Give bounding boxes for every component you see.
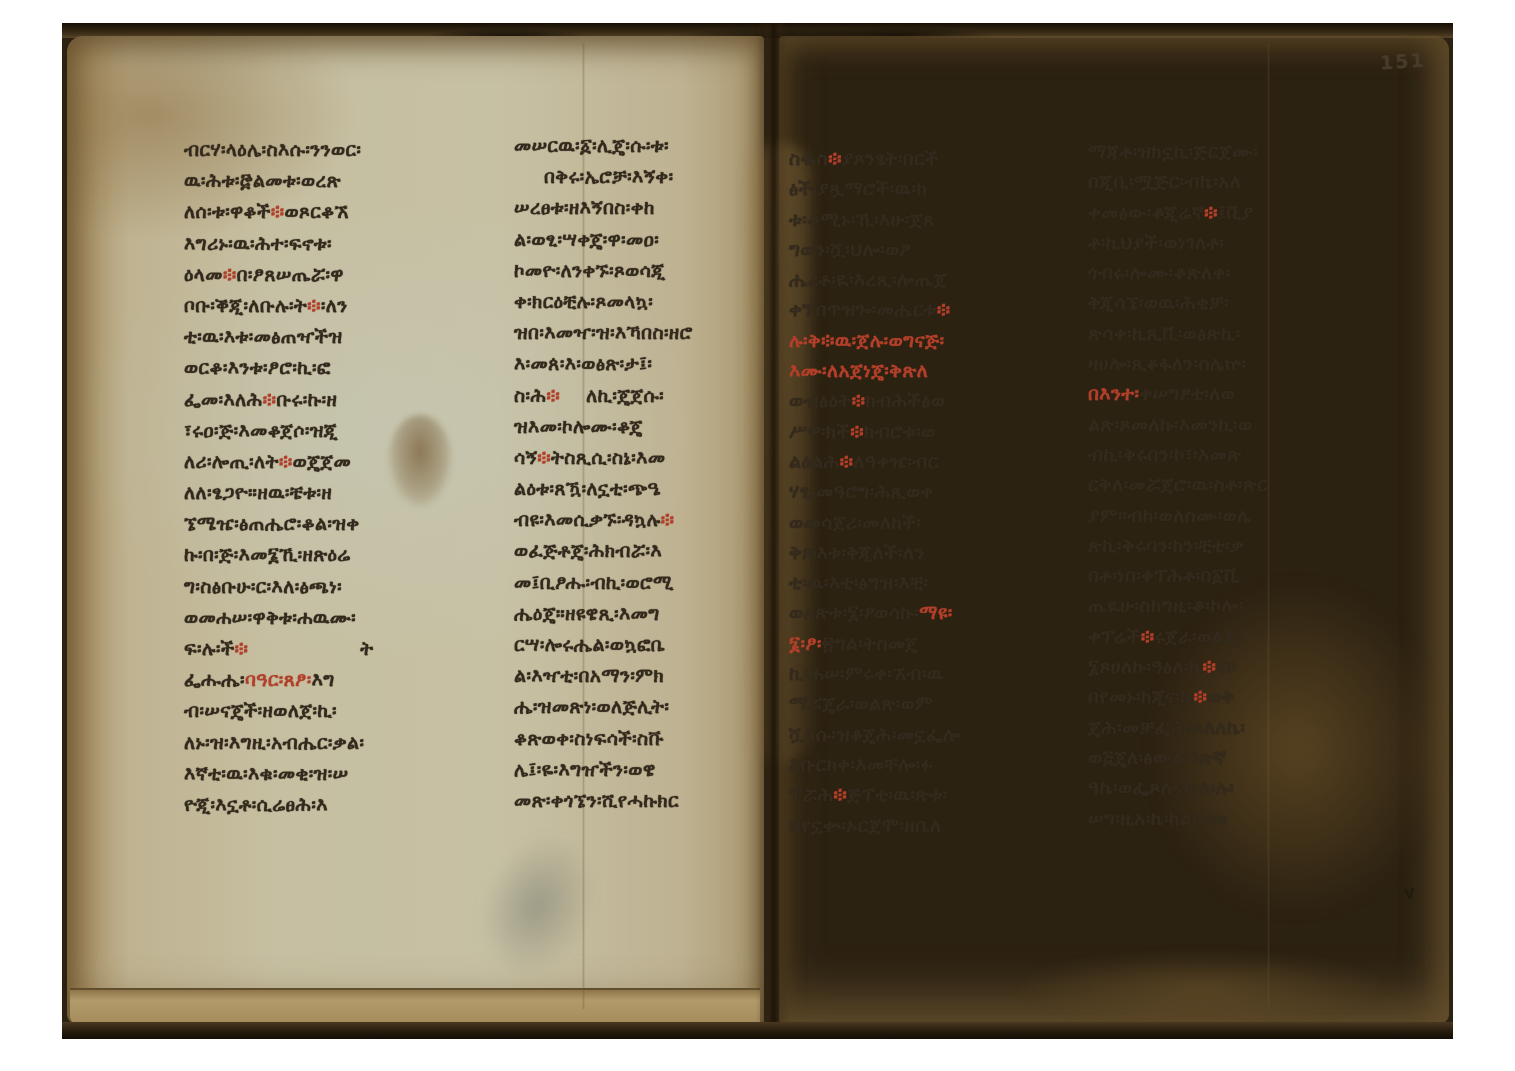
black-ink-text: ወብፅዕት	[789, 390, 852, 412]
black-ink-text: ሔረቶ፡ዪ፡እረጺ፡ሎጤጀ	[789, 269, 947, 291]
black-ink-text: ለሪ፡ሎጢ፡ለት	[184, 451, 279, 473]
manuscript-text-line: ኩ፡በ፡ጅ፡እመ፮ኺ፡ዘጽዕሬ	[184, 540, 374, 571]
manuscript-text-line: ሔረቶ፡ዪ፡እረጺ፡ሎጤጀ	[789, 265, 961, 295]
black-ink-text: ስቈስ	[789, 148, 828, 170]
manuscript-text-line: ዝበ፡እመዣ፡ዝ፡እኻበስ፡ዘሮ	[514, 318, 693, 349]
red-ink-text: ፨	[1202, 656, 1216, 678]
manuscript-text-line: ብኪ፡ቅሩበን፡ኮ፣፡እመጽ	[1088, 440, 1268, 470]
folio-number: 151	[1379, 49, 1426, 74]
black-ink-text: ብዩ፡እመሲቃኙ፡ዳኳሉ	[514, 509, 661, 531]
black-ink-text: ለሰ፡ቱ፡ዋቆች	[184, 201, 271, 223]
red-ink-text: ማዩ፡	[919, 602, 952, 624]
black-ink-text: ቶ፡ኪህያች፡ወነገለቶ፡	[1088, 232, 1224, 254]
red-ink-text: ፨	[235, 638, 249, 660]
black-ink-text: ጄሕ፡መቻፌሕ፡ጸለለኬ፡	[1088, 717, 1245, 739]
black-ink-text: ፌሑሔ፡	[184, 669, 245, 691]
black-ink-text: ቀ፡ክርዕቺሉ፡ጾመላኳ፡	[514, 291, 653, 313]
black-ink-text: ጽኪ፡ቅሩባን፡ክን፡ቺቲ፡ቃ	[1088, 535, 1244, 557]
manuscript-text-line: እ፡መጰ፡እ፡ወፅጽ፡ታ፤፡	[514, 349, 693, 380]
manuscript-text-line: ሃፂ፡መዓሮግ፡ሕጺወቀ	[789, 477, 961, 507]
manuscript-text-line: ብርሃ፡ላዕሌ፡ስእሱ፡ንንወር፡	[184, 135, 374, 166]
black-ink-text: ሔ፡ዝመጽነ፡ወለጅሊት፡	[514, 696, 669, 718]
manuscript-text-line: ቀመፅው፡ቆጂሬኛ፨፤ቪያ	[1088, 198, 1268, 228]
manuscript-text-line: ዝእመ፡ኮሎሙ፡ቆጄ	[514, 412, 693, 443]
manuscript-text-line: ያም።ብከ፡ወለስሙ፡ወሌ	[1088, 501, 1268, 531]
manuscript-text-line: ዓኬ፡ወፌጾሎሕ፡ለ፡ሉ፡	[1088, 773, 1268, 803]
black-ink-text: ወለጽቱ፡፮፡ፆወሳኩ፡	[789, 602, 919, 624]
black-ink-text: ጎብሩ፡ሎሙ፡ቆጽለቀ፡	[1088, 262, 1231, 284]
black-ink-text: ወጄጀመ	[293, 451, 351, 473]
book-bottom-edge	[62, 1022, 1453, 1039]
manuscript-text-line: ፮፡ፆ፡፳ግል፡ትስመጄ	[789, 629, 961, 659]
black-ink-text: ርቅለ፡መሯጀሮ፡ዉ፡ስቶ፡ጽር	[1088, 474, 1268, 496]
manuscript-text-line: ወለጽቱ፡፮፡ፆወሳኩ፡ማዩ፡	[789, 598, 961, 628]
black-ink-text: እግሪኑ፡ዉ፡ሕተ፡ፍኖቱ፡	[184, 233, 332, 255]
black-ink-text: በቶ፡ነበ፡ቀፕሕቶ፡በ፩ቪ	[1088, 565, 1240, 587]
manuscript-text-line: ቦቡ፡ቕጂ፡ለቡሉ፡ት፨፡ለን	[184, 291, 374, 322]
red-ink-text: ፨	[1204, 202, 1218, 224]
manuscript-text-line: ወፈጅቶጄ፡ሕክብሯ፡እ	[514, 536, 693, 567]
manuscript-text-line: ልዕቱ፡ጸዃ፡ለኗቲ፡ጭዔ	[514, 474, 693, 505]
red-ink-text: ፮፡ፆ፡	[789, 633, 822, 655]
black-ink-text: ሳኝ	[514, 447, 537, 469]
manuscript-text-line: መሠርዉ፡፩፡ሊጄ፡ሱ፡ቱ፡	[514, 131, 693, 162]
manuscript-text-line: ሠረፀቱ፡ዘእኝበስ፡ቀከ	[514, 193, 693, 224]
black-ink-text: መ፤ቢፆሑ፡ብኪ፡ወሮሚ	[514, 572, 674, 594]
black-ink-text: ዛሀሎ፡ጺቆፋለን፡ስሌኵ፡	[1088, 353, 1246, 375]
manuscript-text-line: ፌመ፡እለሕ፨ቡሩ፡ኩ፡ዘ	[184, 385, 374, 416]
manuscript-text-line: ል፡ወፂ፡ሣቀጄ፡ዋ፡መዐ፡	[514, 225, 693, 256]
black-ink-text: ፳ግል፡ትስመጄ	[822, 633, 918, 655]
manuscript-text-line: ግ፡ስፅቡሁ፡ር፡እለ፡ፅጫነ፡	[184, 572, 374, 603]
black-ink-text: ወፈጅቶጄ፡ሕክብሯ፡እ	[514, 540, 662, 562]
black-ink-text: ለለ፡ፄጋዮ።ዘዉ፡ቼቱ፡ዘ	[184, 482, 332, 504]
black-ink-text: ቦቡ፡ቕጂ፡ለቡሉ፡ት	[184, 295, 307, 317]
red-ink-text: ፨	[840, 451, 854, 473]
black-ink-text: ል፡ወፂ፡ሣቀጄ፡ዋ፡መዐ፡	[514, 229, 659, 251]
black-ink-text: ፡ለን	[321, 295, 348, 317]
black-ink-text: ህየኗቍ፡ኦርጀሞ፡ዘቤለ	[789, 815, 942, 837]
manuscript-text-line: ስቈስ፨ያጾንፄት፡በርች	[789, 144, 961, 174]
manuscript-text-line: ግወን፡ሿ፡ህሎ፡ወፆ	[789, 235, 961, 265]
manuscript-text-line: ጎብሩ፡ሎሙ፡ቆጽለቀ፡	[1088, 258, 1268, 288]
black-ink-text: ዉ፡ሕቱ፡፸ልመቱ፡ወረጽ	[184, 170, 341, 192]
manuscript-text-line: በጂቢ፡ሟጅር፡ብኬ፡አለ	[1088, 167, 1268, 197]
black-ink-text: በጂቢ፡ሟጅር፡ብኬ፡አለ	[1088, 171, 1241, 193]
black-ink-text: ልጽ፡ጾመለኩ፡እመንኪ፡ወ	[1088, 414, 1252, 436]
manuscript-text-line: በእንተ፡ቀሠግፆቲ፡ለወ	[1088, 379, 1268, 409]
red-ink-text: በእንተ፡	[1088, 383, 1139, 405]
manuscript-text-line: ዕላመ፨በ፡ፆጸሠጤሯ፡ዋ	[184, 260, 374, 291]
manuscript-text-line: ሳኝ፨ትስጺሲ፡ስኔ፡እመ	[514, 443, 693, 474]
red-ink-text: ፨	[263, 389, 277, 411]
manuscript-text-line: ማጃቶ፡ዝክኗኪ፡ጅርጀሙ፡	[1088, 137, 1268, 167]
manuscript-text-line: መጽ፡ቀጎኜን፡ሺየሓኩክር	[514, 786, 693, 817]
black-ink-text: ሥዋ፡ክች	[789, 421, 850, 443]
black-ink-text: እቡርክቀ፡እመቸሎ፡ፉ	[789, 754, 933, 776]
red-ink-text: ፨	[1141, 626, 1155, 648]
manuscript-text-line: ሌ፤፡ዬ፡እግዠችን፡ወዌ	[514, 755, 693, 786]
black-ink-text: ዝእመ፡ኮሎሙ፡ቆጄ	[514, 416, 643, 438]
red-ink-text: ፨	[307, 295, 321, 317]
black-ink-text: ያጾንፄት፡በርች	[842, 148, 939, 170]
manuscript-text-line: ቅጂሳኜ፡ወዉ፡ሕቂቻ፡	[1088, 288, 1268, 318]
black-ink-text: ቱ፡ቆሚኑ፡ኺ፡እሁ፡ጀጸ	[789, 209, 935, 231]
manuscript-text-line: እሙ፡ለአጀነጄ፡ቅጽለ	[789, 356, 961, 386]
black-ink-text: በቅሩ፡ኤሮቻ፡እኝቀ፡	[544, 166, 673, 188]
manuscript-column-2: መሠርዉ፡፩፡ሊጄ፡ሱ፡ቱ፡በቅሩ፡ኤሮቻ፡እኝቀ፡ሠረፀቱ፡ዘእኝበስ፡ቀከል…	[514, 131, 693, 817]
black-ink-text: ት	[360, 638, 373, 660]
black-ink-text: መጽ፡ቀጎኜን፡ሺየሓኩክር	[514, 790, 679, 812]
black-ink-text: ያም።ብከ፡ወለስሙ፡ወሌ	[1088, 505, 1252, 527]
black-ink-text: ቀሠግፆቲ፡ለወ	[1139, 383, 1235, 405]
black-ink-text: ወ፭ጄለ፡ፅውል፡ንጽኛ	[1088, 747, 1226, 769]
black-ink-text: ሃፂ፡መዓሮግ፡ሕጺወቀ	[789, 481, 934, 503]
manuscript-column-3: ስቈስ፨ያጾንፄት፡በርችፅች፡ያጿማሮች፡ዉ፡ከቱ፡ቆሚኑ፡ኺ፡እሁ፡ጀጸግወ…	[789, 144, 961, 841]
manuscript-text-line: ሿላሱ፡ዝቆጄሕ፡መኗፌሎ	[789, 720, 961, 750]
black-ink-text: ለኑ፡ዝ፡እግዚ፡አብሔር፡ቃል፡	[184, 732, 364, 754]
manuscript-text-line: ልዕልሕ፨ለዓቀዤ፡ብር	[789, 447, 961, 477]
manuscript-text-line: ቀ፡ክርዕቺሉ፡ጾመላኳ፡	[514, 287, 693, 318]
black-ink-text: ኩ፡በ፡ጅ፡እመ፮ኺ፡ዘጽዕሬ	[184, 544, 351, 566]
manuscript-column-1: ብርሃ፡ላዕሌ፡ስእሱ፡ንንወር፡ዉ፡ሕቱ፡፸ልመቱ፡ወረጽለሰ፡ቱ፡ዋቆች፨ወ…	[184, 135, 374, 821]
black-ink-text: ሠግ፡ዚአ፡ኬ፡ከልሕ፡ወ	[1088, 808, 1228, 830]
manuscript-text-line: በቅሩ፡ኤሮቻ፡እኝቀ፡	[514, 162, 693, 193]
black-ink-text: ሠረፀቱ፡ዘእኝበስ፡ቀከ	[514, 197, 655, 219]
black-ink-text: ፅች፡ያጿማሮች፡ዉ፡ከ	[789, 178, 927, 200]
black-ink-text: ሌ፤፡ዬ፡እግዠችን፡ወዌ	[514, 759, 656, 781]
black-ink-text: ብ፡	[1216, 656, 1236, 678]
black-ink-text: ወቅ	[1207, 686, 1235, 708]
red-ink-text: ፨	[828, 148, 842, 170]
black-ink-text: ቀኙበጥዝጐ፡መሔርቱ	[789, 299, 937, 321]
black-ink-text: ማሯጄራ፡ወልጽ፡ወም	[789, 693, 933, 715]
manuscript-text-line: ቶ፡ኪህያች፡ወነገለቶ፡	[1088, 228, 1268, 258]
black-ink-text: ፍ፡ሉ፡ች	[184, 638, 235, 660]
manuscript-text-line: ለኑ፡ዝ፡እግዚ፡አብሔር፡ቃል፡	[184, 728, 374, 759]
manuscript-text-line: ኪ፡ሐሠ፡ምሩቀ፡ኧብ፡ዉ	[789, 659, 961, 689]
black-ink-text: ል፡እዣቲ፡በአማን፡ምክ	[514, 665, 664, 687]
manuscript-text-line: ኮመዮ፡ለንቀኙ፡ጾወሳጂ	[514, 256, 693, 287]
manuscript-text-line: ህየኗቍ፡ኦርጀሞ፡ዘቤለ	[789, 811, 961, 841]
manuscript-text-line: ማሯጄራ፡ወልጽ፡ወም	[789, 689, 961, 719]
manuscript-text-line: ርቅለ፡መሯጀሮ፡ዉ፡ስቶ፡ጽር	[1088, 470, 1268, 500]
black-ink-text: ብኪ፡ቅሩበን፡ኮ፣፡እመጽ	[1088, 444, 1241, 466]
black-ink-text: መሠርዉ፡፩፡ሊጄ፡ሱ፡ቱ፡	[514, 135, 669, 157]
black-ink-text: ኪ፡ሐሠ፡ምሩቀ፡ኧብ፡ዉ	[789, 663, 944, 685]
manuscript-text-line: ዮጂ፡እኗቶ፡ሲሬፀሕ፡እ	[184, 790, 374, 821]
black-ink-text: ትስጺሲ፡ስኔ፡እመ	[551, 447, 665, 469]
quire-mark: v	[1403, 881, 1416, 905]
manuscript-text-line: መ፤ቢፆሑ፡ብኪ፡ወሮሚ	[514, 568, 693, 599]
black-ink-text: ዮጂ፡እኗቶ፡ሲሬፀሕ፡እ	[184, 794, 328, 816]
black-ink-text: ሿላሱ፡ዝቆጄሕ፡መኗፌሎ	[789, 724, 961, 746]
black-ink-text: ለኪ፡ጄጀሱ፡	[586, 385, 664, 407]
manuscript-text-line: ፕሯሕ፨ጅፕቲ፡ዉ፡ጽቱ፡	[789, 780, 961, 810]
red-ink-text: ፨	[852, 390, 866, 412]
manuscript-text-line: በቶ፡ነበ፡ቀፕሕቶ፡በ፩ቪ	[1088, 561, 1268, 591]
manuscript-text-line: ርሣ፡ሎሩሔል፡ወኳፎቤ	[514, 630, 693, 661]
black-ink-text: ኮመዮ፡ለንቀኙ፡ጾወሳጂ	[514, 260, 665, 282]
black-ink-text: እ፡መጰ፡እ፡ወፅጽ፡ታ፤፡	[514, 353, 652, 375]
manuscript-text-line: ዉ፡ሕቱ፡፸ልመቱ፡ወረጽ	[184, 166, 374, 197]
manuscript-text-line: ጽኪ፡ቅሩባን፡ክን፡ቺቲ፡ቃ	[1088, 531, 1268, 561]
red-ink-text: ፨	[937, 299, 951, 321]
black-ink-text: ፕሯሕ	[789, 784, 833, 806]
red-ink-text: ፨	[661, 509, 675, 531]
black-ink-text: ስ፡ሕ	[514, 385, 546, 407]
manuscript-text-line: ኜሜዤ፡ፅጠሔሮ፡ቆል፡ዝቀ	[184, 509, 374, 540]
black-ink-text: ጅፕቲ፡ዉ፡ጽቱ፡	[847, 784, 947, 806]
manuscript-text-line: እኛቲ፡ዉ፡እቁ፡መቂ፡ዝ፡ሠ	[184, 759, 374, 790]
red-ink-text: ፨	[279, 451, 293, 473]
red-ink-text: ፨	[833, 784, 847, 806]
manuscript-text-line: ዛሀሎ፡ጺቆፋለን፡ስሌኵ፡	[1088, 349, 1268, 379]
manuscript-text-line: ፍ፡ሉ፡ች፨ት	[184, 634, 374, 665]
manuscript-text-line: ል፡እዣቲ፡በአማን፡ምክ	[514, 661, 693, 692]
manuscript-text-line: ቲ፡ዉ፡እቱ፡መፅጠዣችዝ	[184, 322, 374, 353]
manuscript-text-line: ስ፡ሕ፨ለኪ፡ጄጀሱ፡	[514, 381, 693, 412]
manuscript-text-line: ወመሐሠ፡ዋቅቱ፡ሐዉሙ፡	[184, 603, 374, 634]
manuscript-text-line: ለሰ፡ቱ፡ዋቆች፨ወጾርቆኧ	[184, 197, 374, 228]
manuscript-text-line: ጄሕ፡መቻፌሕ፡ጸለለኬ፡	[1088, 713, 1268, 743]
manuscript-text-line: ቅጽእቱ፡ቅጂለች፡ለን	[789, 538, 961, 568]
black-ink-text: ወርቆ፡እንቱ፡ፆሮ፡ኪ፡ፎ	[184, 357, 331, 379]
red-ink-text: ፨	[271, 201, 285, 223]
black-ink-text: ጽሳቀ፡ኪጺቪ፡ወፅጽኪ፡	[1088, 323, 1240, 345]
black-ink-text: ቆጽወቀ፡ስነፍሳች፡ስቩ	[514, 728, 664, 750]
manuscript-text-line: ብዩ፡እመሲቃኙ፡ዳኳሉ፨	[514, 505, 693, 536]
black-ink-text: ወመሳጀሪ፡መለከች፡	[789, 512, 921, 534]
black-ink-text: ቲ፡ዉ፡እቲ፡ፅግዝ፡እቺ፡	[789, 572, 928, 594]
manuscript-text-line: ሉ፡ቅ፨ዉ፡ጀሉ፡ወግናጅ፡	[789, 326, 961, 356]
black-ink-text: ግወን፡ሿ፡ህሎ፡ወፆ	[789, 239, 911, 261]
manuscript-text-line: ለሪ፡ሎጢ፡ለት፨ወጄጀመ	[184, 447, 374, 478]
manuscript-text-line: ሠግ፡ዚአ፡ኬ፡ከልሕ፡ወ	[1088, 804, 1268, 834]
black-ink-text: ዝበ፡እመዣ፡ዝ፡እኻበስ፡ዘሮ	[514, 322, 693, 344]
black-ink-text: ማጃቶ፡ዝክኗኪ፡ጅርጀሙ፡	[1088, 141, 1258, 163]
manuscript-column-4: ማጃቶ፡ዝክኗኪ፡ጅርጀሙ፡በጂቢ፡ሟጅር፡ብኬ፡አለቀመፅው፡ቆጂሬኛ፨፤ቪያ…	[1088, 137, 1268, 834]
manuscript-scan: ብርሃ፡ላዕሌ፡ስእሱ፡ንንወር፡ዉ፡ሕቱ፡፸ልመቱ፡ወረጽለሰ፡ቱ፡ዋቆች፨ወ…	[62, 23, 1453, 1039]
black-ink-text: ቡሩ፡ኩ፡ዘ	[276, 389, 337, 411]
manuscript-text-line: ወ፭ጄለ፡ፅውል፡ንጽኛ	[1088, 743, 1268, 773]
black-ink-text: ቅጽእቱ፡ቅጂለች፡ለን	[789, 542, 925, 564]
manuscript-text-line: ብ፡ሠናጄች፡ዘወለጀ፡ኪ፡	[184, 696, 374, 727]
red-ink-text: ፨	[223, 264, 237, 286]
manuscript-text-line: እቡርክቀ፡እመቸሎ፡ፉ	[789, 750, 961, 780]
red-ink-text: ባዓር፡ጸፆ፡	[245, 669, 312, 691]
black-ink-text: ብ፡ሠናጄች፡ዘወለጀ፡ኪ፡	[184, 700, 337, 722]
black-ink-text: ኜሜዤ፡ፅጠሔሮ፡ቆል፡ዝቀ	[184, 513, 359, 535]
black-ink-text: ብርሃ፡ላዕሌ፡ስእሱ፡ንንወር፡	[184, 139, 361, 161]
black-ink-text: በየመኑ፡ክጂና፡ኬ	[1088, 686, 1193, 708]
black-ink-text: ግ፡ስፅቡሁ፡ር፡እለ፡ፅጫነ፡	[184, 576, 342, 598]
black-ink-text: ቅጂሳኜ፡ወዉ፡ሕቂቻ፡	[1088, 292, 1229, 314]
manuscript-text-line: ወርቆ፡እንቱ፡ፆሮ፡ኪ፡ፎ	[184, 353, 374, 384]
black-ink-text: ወጾርቆኧ	[285, 201, 349, 223]
manuscript-text-line: ጤዪሁ፡ስክግዚ፡ቆ፡ኮሎ፡	[1088, 591, 1268, 621]
black-ink-text: ዕላመ	[184, 264, 223, 286]
manuscript-text-line: ለለ፡ፄጋዮ።ዘዉ፡ቼቱ፡ዘ	[184, 478, 374, 509]
black-ink-text: ክብሕችፅወ	[865, 390, 945, 412]
manuscript-text-line: ቱ፡ቆሚኑ፡ኺ፡እሁ፡ጀጸ	[789, 205, 961, 235]
black-ink-text: ርሣ፡ሎሩሔል፡ወኳፎቤ	[514, 634, 665, 656]
black-ink-text: ልዕልሕ	[789, 451, 840, 473]
black-ink-text: ለዓቀዤ፡ብር	[853, 451, 938, 473]
red-ink-text: ሉ፡ቅ፨ዉ፡ጀሉ፡ወግናጅ፡	[789, 330, 945, 352]
black-ink-text: ቲ፡ዉ፡እቱ፡መፅጠዣችዝ	[184, 326, 343, 348]
black-ink-text: ሩጀራ፡ወልጂ፡	[1154, 626, 1243, 648]
black-ink-text: በ፡ፆጸሠጤሯ፡ዋ	[237, 264, 344, 286]
manuscript-text-line: ቀኙበጥዝጐ፡መሔርቱ፨	[789, 295, 961, 325]
black-ink-text: ጤዪሁ፡ስክግዚ፡ቆ፡ኮሎ፡	[1088, 595, 1244, 617]
manuscript-text-line: ወብፅዕት፨ክብሕችፅወ	[789, 386, 961, 416]
black-ink-text: ቀመፅው፡ቆጂሬኛ	[1088, 202, 1204, 224]
black-ink-text: ፮ጾሀለኩ፡ዓፅለ፡ኬ	[1088, 656, 1202, 678]
manuscript-text-line: እግሪኑ፡ዉ፡ሕተ፡ፍኖቱ፡	[184, 229, 374, 260]
manuscript-text-line: ፣ሩዐ፡ጅ፡እመቆጀሶ፡ዝጂ	[184, 416, 374, 447]
black-ink-text: ሔዕጄ።ዘዩዌጺ፡እመግ	[514, 603, 660, 625]
red-ink-text: እሙ፡ለአጀነጄ፡ቅጽለ	[789, 360, 928, 382]
manuscript-text-line: ፅች፡ያጿማሮች፡ዉ፡ከ	[789, 174, 961, 204]
manuscript-text-line: ጽሳቀ፡ኪጺቪ፡ወፅጽኪ፡	[1088, 319, 1268, 349]
black-ink-text: ወመሐሠ፡ዋቅቱ፡ሐዉሙ፡	[184, 607, 356, 629]
manuscript-text-line: ቲ፡ዉ፡እቲ፡ፅግዝ፡እቺ፡	[789, 568, 961, 598]
manuscript-text-line: ፮ጾሀለኩ፡ዓፅለ፡ኬ፨ብ፡	[1088, 652, 1268, 682]
manuscript-text-line: ሔ፡ዝመጽነ፡ወለጅሊት፡	[514, 692, 693, 723]
manuscript-text-line: በየመኑ፡ክጂና፡ኬ፨ወቅ	[1088, 682, 1268, 712]
manuscript-text-line: ወመሳጀሪ፡መለከች፡	[789, 508, 961, 538]
red-ink-text: ፨	[537, 447, 551, 469]
black-ink-text: ቀፕሬች	[1088, 626, 1141, 648]
black-ink-text: ክብሮቱ፡ወ	[864, 421, 935, 443]
red-ink-text: ፨	[1193, 686, 1207, 708]
black-ink-text: ፤ቪያ	[1218, 202, 1254, 224]
black-ink-text: ፣ሩዐ፡ጅ፡እመቆጀሶ፡ዝጂ	[184, 420, 338, 442]
left-page-under-edge	[70, 988, 760, 1024]
manuscript-text-line: ቀፕሬች፨ሩጀራ፡ወልጂ፡	[1088, 622, 1268, 652]
red-ink-text: ፨	[546, 385, 560, 407]
black-ink-text: እግ	[312, 669, 335, 691]
black-ink-text: ፌመ፡እለሕ	[184, 389, 263, 411]
black-ink-text: ዓኬ፡ወፌጾሎሕ፡ለ፡ሉ፡	[1088, 777, 1234, 799]
black-ink-text: ልዕቱ፡ጸዃ፡ለኗቲ፡ጭዔ	[514, 478, 661, 500]
manuscript-text-line: ቆጽወቀ፡ስነፍሳች፡ስቩ	[514, 724, 693, 755]
red-ink-text: ፨	[850, 421, 864, 443]
manuscript-text-line: ፌሑሔ፡ባዓር፡ጸፆ፡እግ	[184, 665, 374, 696]
binding-gutter	[756, 23, 790, 1039]
manuscript-text-line: ልጽ፡ጾመለኩ፡እመንኪ፡ወ	[1088, 410, 1268, 440]
manuscript-text-line: ሔዕጄ።ዘዩዌጺ፡እመግ	[514, 599, 693, 630]
manuscript-text-line: ሥዋ፡ክች፨ክብሮቱ፡ወ	[789, 417, 961, 447]
black-ink-text: እኛቲ፡ዉ፡እቁ፡መቂ፡ዝ፡ሠ	[184, 763, 348, 785]
